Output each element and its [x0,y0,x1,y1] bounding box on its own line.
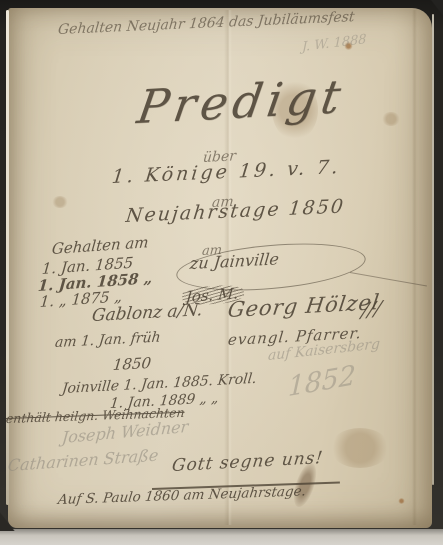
top-right-corner-shadow [403,0,443,34]
sermon-title: Predigt [134,69,350,134]
manuscript-photo: Gehalten Neujahr 1864 das Jubiläumsfest … [0,0,443,545]
page-edge-highlight-right [432,14,434,485]
adjacent-page-edge-left [6,10,9,505]
photo-bottom-edge [0,529,443,545]
year-1850: 1850 [112,354,152,374]
bottom-left-corner-shadow [0,501,26,531]
right-crease [412,10,417,525]
